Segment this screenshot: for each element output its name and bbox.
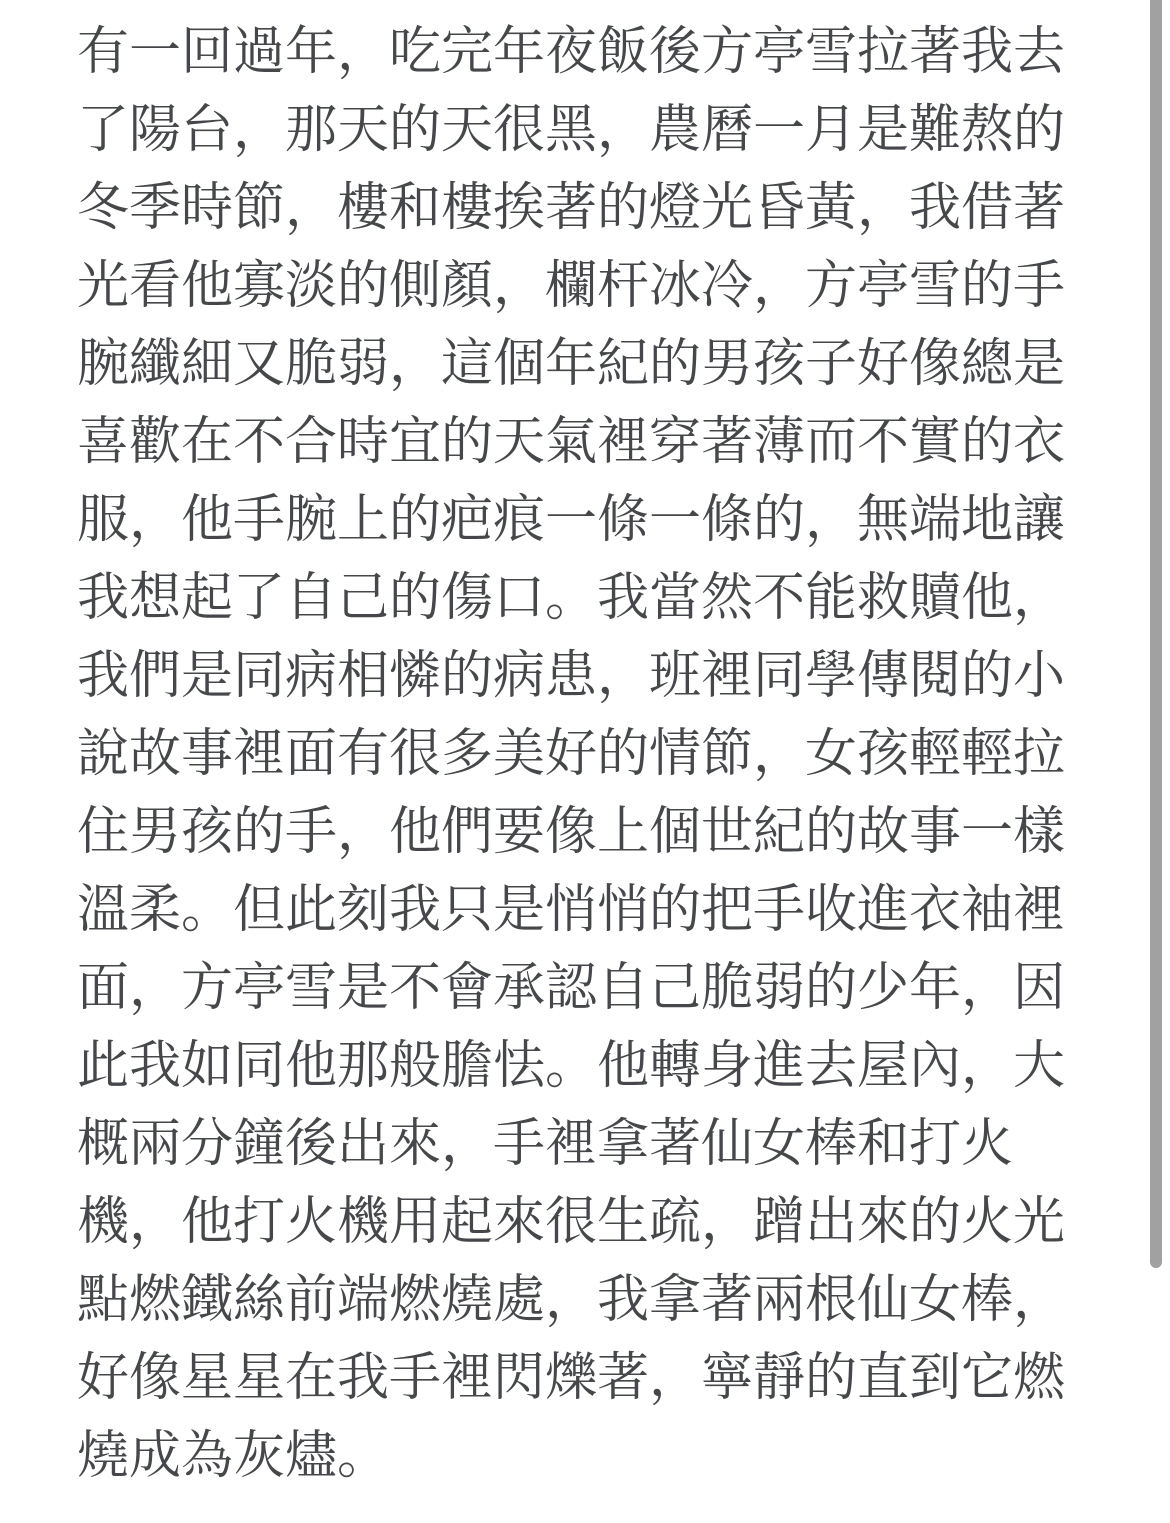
text-line: 點燃鐵絲前端燃燒處，我拿著兩根仙女棒， xyxy=(77,1261,1097,1339)
text-line: 了陽台，那天的天很黑，農曆一月是難熬的 xyxy=(77,91,1097,169)
text-line: 機，他打火機用起來很生疏，蹭出來的火光 xyxy=(77,1183,1097,1261)
text-line: 面，方亭雪是不會承認自己脆弱的少年，因 xyxy=(77,949,1097,1027)
text-line: 光看他寡淡的側顏，欄杆冰冷，方亭雪的手 xyxy=(77,247,1097,325)
text-line: 喜歡在不合時宜的天氣裡穿著薄而不實的衣 xyxy=(77,403,1097,481)
text-line: 此我如同他那般膽怯。他轉身進去屋內，大 xyxy=(77,1027,1097,1105)
text-line: 服，他手腕上的疤痕一條一條的，無端地讓 xyxy=(77,481,1097,559)
text-line: 我想起了自己的傷口。我當然不能救贖他， xyxy=(77,559,1097,637)
text-line: 說故事裡面有很多美好的情節，女孩輕輕拉 xyxy=(77,715,1097,793)
text-line: 燒成為灰燼。 xyxy=(77,1417,1097,1495)
reader-page: 有一回過年，吃完年夜飯後方亭雪拉著我去了陽台，那天的天很黑，農曆一月是難熬的冬季… xyxy=(0,0,1170,1523)
text-line: 概兩分鐘後出來，手裡拿著仙女棒和打火 xyxy=(77,1105,1097,1183)
text-line: 冬季時節，樓和樓挨著的燈光昏黃，我借著 xyxy=(77,169,1097,247)
text-line: 有一回過年，吃完年夜飯後方亭雪拉著我去 xyxy=(77,13,1097,91)
text-line: 好像星星在我手裡閃爍著，寧靜的直到它燃 xyxy=(77,1339,1097,1417)
text-line: 我們是同病相憐的病患，班裡同學傳閱的小 xyxy=(77,637,1097,715)
text-line: 溫柔。但此刻我只是悄悄的把手收進衣袖裡 xyxy=(77,871,1097,949)
text-line: 腕纖細又脆弱，這個年紀的男孩子好像總是 xyxy=(77,325,1097,403)
story-paragraph: 有一回過年，吃完年夜飯後方亭雪拉著我去了陽台，那天的天很黑，農曆一月是難熬的冬季… xyxy=(77,13,1097,1495)
text-line: 住男孩的手，他們要像上個世紀的故事一樣 xyxy=(77,793,1097,871)
scrollbar-thumb[interactable] xyxy=(1150,0,1162,1268)
